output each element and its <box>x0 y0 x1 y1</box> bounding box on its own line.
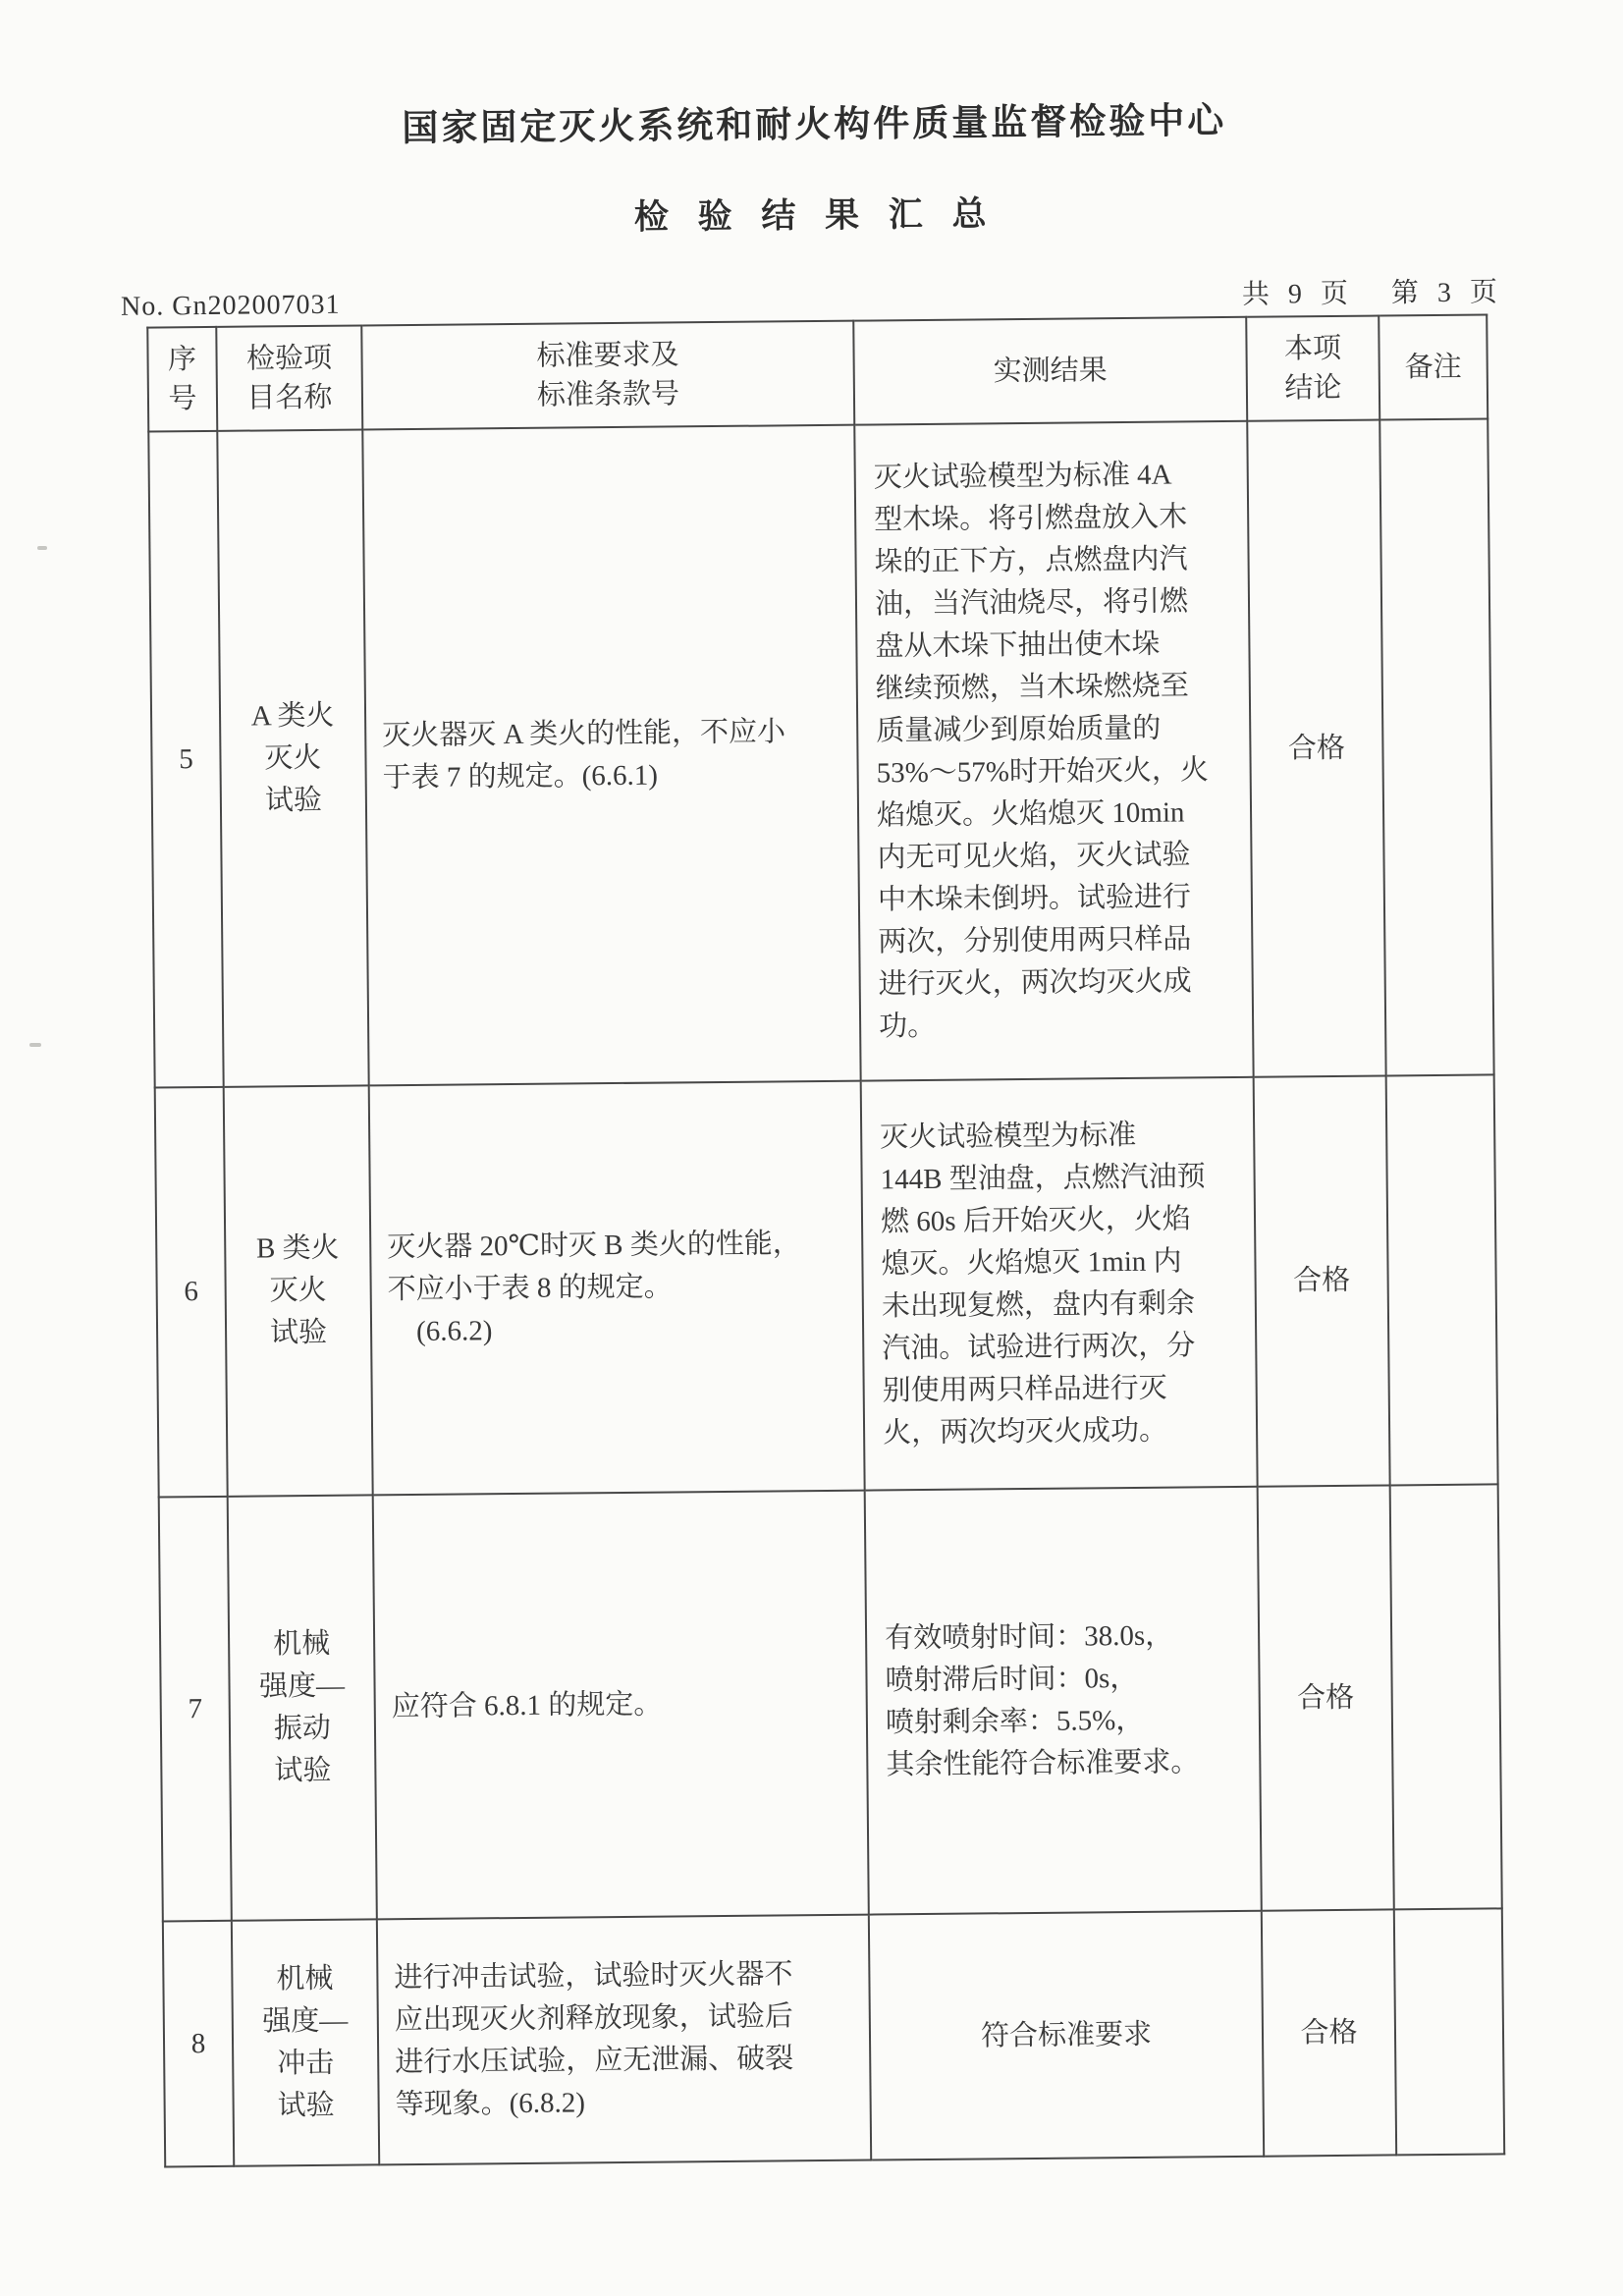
pagination: 共 9 页 第 3 页 <box>1242 270 1509 312</box>
table-row: 6 B 类火 灭火 试验 灭火器 20℃时灭 B 类火的性能， 不应小于表 8 … <box>155 1074 1498 1497</box>
table-header: 序 号 检验项 目名称 标准要求及 标准条款号 实测结果 本项 结论 备注 <box>147 314 1488 431</box>
cell-result: 有效喷射时间：38.0s， 喷射滞后时间：0s， 喷射剩余率：5.5%， 其余性… <box>865 1487 1262 1915</box>
report-number: No. Gn202007031 <box>121 290 341 323</box>
table-row: 7 机械 强度— 振动 试验 应符合 6.8.1 的规定。 有效喷射时间：38.… <box>159 1484 1502 1921</box>
cell-conclusion: 合格 <box>1247 420 1385 1077</box>
header-standard: 标准要求及 标准条款号 <box>361 321 854 430</box>
header-conclusion: 本项 结论 <box>1246 316 1380 421</box>
scanned-report-page: 国家固定灭火系统和耐火构件质量监督检验中心 检 验 结 果 汇 总 No. Gn… <box>0 0 1623 2296</box>
header-result: 实测结果 <box>853 317 1247 425</box>
cell-standard: 应符合 6.8.1 的规定。 <box>373 1491 869 1920</box>
page-total: 共 9 页 <box>1242 272 1354 312</box>
inspection-results-table: 序 号 检验项 目名称 标准要求及 标准条款号 实测结果 本项 结论 备注 5 … <box>146 313 1505 2167</box>
cell-result: 灭火试验模型为标准 4A 型木垛。将引燃盘放入木 垛的正下方，点燃盘内汽 油，当… <box>854 421 1253 1081</box>
scan-artifact <box>37 546 47 550</box>
table-row: 8 机械 强度— 冲击 试验 进行冲击试验，试验时灭火器不 应出现灭火剂释放现象… <box>163 1908 1504 2166</box>
page-current: 第 3 页 <box>1391 270 1503 310</box>
cell-seq-no: 6 <box>155 1087 228 1498</box>
table-row: 5 A 类火 灭火 试验 灭火器灭 A 类火的性能，不应小 于表 7 的规定。(… <box>148 418 1493 1087</box>
header-seq-no: 序 号 <box>147 327 217 432</box>
document-title: 国家固定灭火系统和耐火构件质量监督检验中心 <box>117 87 1511 154</box>
cell-seq-no: 7 <box>159 1497 232 1922</box>
cell-conclusion: 合格 <box>1262 1909 1396 2156</box>
cell-standard: 灭火器 20℃时灭 B 类火的性能， 不应小于表 8 的规定。 (6.6.2) <box>369 1081 865 1496</box>
cell-item-name: B 类火 灭火 试验 <box>224 1085 373 1496</box>
cell-seq-no: 8 <box>163 1921 234 2167</box>
cell-seq-no: 5 <box>148 431 223 1088</box>
cell-result: 灭火试验模型为标准 144B 型油盘，点燃汽油预 燃 60s 后开始灭火，火焰 … <box>861 1077 1258 1491</box>
cell-conclusion: 合格 <box>1254 1075 1390 1486</box>
cell-item-name: A 类火 灭火 试验 <box>217 429 368 1086</box>
cell-standard: 灭火器灭 A 类火的性能，不应小 于表 7 的规定。(6.6.1) <box>362 425 860 1086</box>
cell-item-name: 机械 强度— 冲击 试验 <box>232 1919 379 2165</box>
cell-remark <box>1394 1908 1504 2155</box>
cell-remark <box>1390 1484 1502 1909</box>
document-subtitle: 检 验 结 果 汇 总 <box>118 182 1512 245</box>
header-item-name: 检验项 目名称 <box>216 325 362 430</box>
cell-remark <box>1386 1074 1498 1485</box>
table-header-row: 序 号 检验项 目名称 标准要求及 标准条款号 实测结果 本项 结论 备注 <box>147 314 1488 431</box>
cell-conclusion: 合格 <box>1258 1485 1394 1910</box>
header-remark: 备注 <box>1379 314 1488 419</box>
cell-item-name: 机械 强度— 振动 试验 <box>228 1495 377 1920</box>
table-body: 5 A 类火 灭火 试验 灭火器灭 A 类火的性能，不应小 于表 7 的规定。(… <box>148 418 1504 2166</box>
cell-standard: 进行冲击试验，试验时灭火器不 应出现灭火剂释放现象，试验后 进行水压试验，应无泄… <box>377 1915 871 2165</box>
cell-result: 符合标准要求 <box>869 1911 1264 2160</box>
cell-remark <box>1380 418 1493 1075</box>
scan-artifact <box>29 1043 41 1047</box>
report-sheet: 国家固定灭火系统和耐火构件质量监督检验中心 检 验 结 果 汇 总 No. Gn… <box>117 76 1531 2168</box>
